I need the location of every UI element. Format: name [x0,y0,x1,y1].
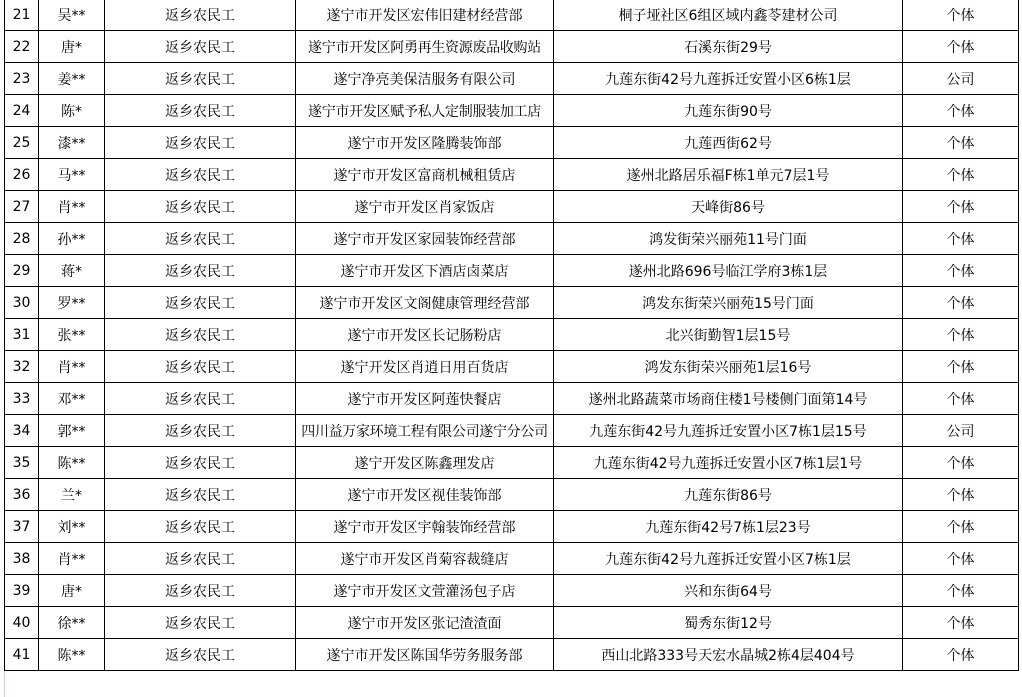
name-cell[interactable]: 姜** [39,63,105,95]
row-number-cell[interactable]: 24 [5,95,39,127]
category-cell[interactable]: 返乡农民工 [105,543,296,575]
category-cell[interactable]: 返乡农民工 [105,447,296,479]
spreadsheet-body: 21吴**返乡农民工遂宁市开发区宏伟旧建材经营部桐子垭社区6组区域内鑫苓建材公司… [5,0,1019,671]
name-cell[interactable]: 陈** [39,639,105,671]
address-cell[interactable]: 遂州北路696号临江学府3栋1层 [554,255,903,287]
category-cell[interactable]: 返乡农民工 [105,127,296,159]
name-cell[interactable]: 唐* [39,575,105,607]
name-cell[interactable]: 兰* [39,479,105,511]
category-cell[interactable]: 返乡农民工 [105,223,296,255]
address-cell[interactable]: 桐子垭社区6组区域内鑫苓建材公司 [554,0,903,31]
address-cell[interactable]: 九莲东街90号 [554,95,903,127]
business-type-cell[interactable]: 个体 [903,287,1019,319]
business-type-cell[interactable]: 个体 [903,255,1019,287]
row-number-cell[interactable]: 29 [5,255,39,287]
row-number-cell[interactable]: 30 [5,287,39,319]
business-type-cell[interactable]: 公司 [903,63,1019,95]
business-type-cell[interactable]: 个体 [903,319,1019,351]
business-type-cell[interactable]: 个体 [903,447,1019,479]
business-type-cell[interactable]: 个体 [903,607,1019,639]
category-cell[interactable]: 返乡农民工 [105,415,296,447]
business-name-cell[interactable]: 遂宁市开发区家园装饰经营部 [296,223,554,255]
table-row: 26马**返乡农民工遂宁市开发区富商机械租赁店遂州北路居乐福F栋1单元7层1号个… [5,159,1019,191]
row-number-cell[interactable]: 32 [5,351,39,383]
row-number-cell[interactable]: 34 [5,415,39,447]
business-name-cell[interactable]: 遂宁市开发区阿勇再生资源废品收购站 [296,31,554,63]
address-cell[interactable]: 九莲西街62号 [554,127,903,159]
business-name-cell[interactable]: 遂宁市开发区阿莲快餐店 [296,383,554,415]
row-number-cell[interactable]: 26 [5,159,39,191]
address-cell[interactable]: 九莲东街42号九莲拆迁安置小区7栋1层 [554,543,903,575]
table-row: 37刘**返乡农民工遂宁市开发区宇翰装饰经营部九莲东街42号7栋1层23号个体 [5,511,1019,543]
business-name-cell[interactable]: 四川益万家环境工程有限公司遂宁分公司 [296,415,554,447]
address-cell[interactable]: 鸿发东街荣兴丽苑1层16号 [554,351,903,383]
table-row: 23姜**返乡农民工遂宁净亮美保洁服务有限公司九莲东街42号九莲拆迁安置小区6栋… [5,63,1019,95]
business-type-cell[interactable]: 个体 [903,575,1019,607]
business-type-cell[interactable]: 个体 [903,639,1019,671]
name-cell[interactable]: 张** [39,319,105,351]
business-name-cell[interactable]: 遂宁市开发区文萱灌汤包子店 [296,575,554,607]
row-number-cell[interactable]: 39 [5,575,39,607]
name-cell[interactable]: 陈* [39,95,105,127]
table-row: 36兰*返乡农民工遂宁市开发区视佳装饰部九莲东街86号个体 [5,479,1019,511]
address-cell[interactable]: 蜀秀东街12号 [554,607,903,639]
row-number-cell[interactable]: 38 [5,543,39,575]
business-type-cell[interactable]: 个体 [903,0,1019,31]
category-cell[interactable]: 返乡农民工 [105,95,296,127]
category-cell[interactable]: 返乡农民工 [105,575,296,607]
category-cell[interactable]: 返乡农民工 [105,255,296,287]
table-row: 39唐*返乡农民工遂宁市开发区文萱灌汤包子店兴和东街64号个体 [5,575,1019,607]
row-number-cell[interactable]: 35 [5,447,39,479]
category-cell[interactable]: 返乡农民工 [105,351,296,383]
row-number-cell[interactable]: 22 [5,31,39,63]
business-name-cell[interactable]: 遂宁市开发区肖菊容裁缝店 [296,543,554,575]
address-cell[interactable]: 兴和东街64号 [554,575,903,607]
name-cell[interactable]: 肖** [39,191,105,223]
address-cell[interactable]: 遂州北路居乐福F栋1单元7层1号 [554,159,903,191]
business-name-cell[interactable]: 遂宁市开发区文阁健康管理经营部 [296,287,554,319]
name-cell[interactable]: 陈** [39,447,105,479]
category-cell[interactable]: 返乡农民工 [105,511,296,543]
address-cell[interactable]: 九莲东街42号九莲拆迁安置小区6栋1层 [554,63,903,95]
table-row: 21吴**返乡农民工遂宁市开发区宏伟旧建材经营部桐子垭社区6组区域内鑫苓建材公司… [5,0,1019,31]
name-cell[interactable]: 邓** [39,383,105,415]
table-row: 28孙**返乡农民工遂宁市开发区家园装饰经营部鸿发街荣兴丽苑11号门面个体 [5,223,1019,255]
table-row: 35陈**返乡农民工遂宁开发区陈鑫理发店九莲东街42号九莲拆迁安置小区7栋1层1… [5,447,1019,479]
business-name-cell[interactable]: 遂宁开发区陈鑫理发店 [296,447,554,479]
category-cell[interactable]: 返乡农民工 [105,159,296,191]
business-type-cell[interactable]: 个体 [903,351,1019,383]
name-cell[interactable]: 唐* [39,31,105,63]
name-cell[interactable]: 孙** [39,223,105,255]
name-cell[interactable]: 吴** [39,0,105,31]
table-row: 31张**返乡农民工遂宁市开发区长记肠粉店北兴街勤智1层15号个体 [5,319,1019,351]
address-cell[interactable]: 九莲东街42号九莲拆迁安置小区7栋1层1号 [554,447,903,479]
business-type-cell[interactable]: 个体 [903,95,1019,127]
business-type-cell[interactable]: 个体 [903,543,1019,575]
business-type-cell[interactable]: 个体 [903,223,1019,255]
table-row: 34郭**返乡农民工四川益万家环境工程有限公司遂宁分公司九莲东街42号九莲拆迁安… [5,415,1019,447]
table-row: 24陈*返乡农民工遂宁市开发区赋予私人定制服装加工店九莲东街90号个体 [5,95,1019,127]
name-cell[interactable]: 漆** [39,127,105,159]
row-number-cell[interactable]: 27 [5,191,39,223]
row-number-cell[interactable]: 31 [5,319,39,351]
category-cell[interactable]: 返乡农民工 [105,63,296,95]
table-row: 33邓**返乡农民工遂宁市开发区阿莲快餐店遂州北路蔬菜市场商住楼1号楼侧门面第1… [5,383,1019,415]
category-cell[interactable]: 返乡农民工 [105,383,296,415]
category-cell[interactable]: 返乡农民工 [105,287,296,319]
table-row: 30罗**返乡农民工遂宁市开发区文阁健康管理经营部鸿发东街荣兴丽苑15号门面个体 [5,287,1019,319]
row-number-cell[interactable]: 33 [5,383,39,415]
business-name-cell[interactable]: 遂宁市开发区长记肠粉店 [296,319,554,351]
address-cell[interactable]: 西山北路333号天宏水晶城2栋4层404号 [554,639,903,671]
business-name-cell[interactable]: 遂宁市开发区隆腾装饰部 [296,127,554,159]
address-cell[interactable]: 鸿发街荣兴丽苑11号门面 [554,223,903,255]
business-type-cell[interactable]: 个体 [903,383,1019,415]
row-number-cell[interactable]: 25 [5,127,39,159]
table-row: 38肖**返乡农民工遂宁市开发区肖菊容裁缝店九莲东街42号九莲拆迁安置小区7栋1… [5,543,1019,575]
business-name-cell[interactable]: 遂宁市开发区陈国华劳务服务部 [296,639,554,671]
business-name-cell[interactable]: 遂宁市开发区宇翰装饰经营部 [296,511,554,543]
category-cell[interactable]: 返乡农民工 [105,479,296,511]
table-row: 27肖**返乡农民工遂宁市开发区肖家饭店天峰街86号个体 [5,191,1019,223]
address-cell[interactable]: 天峰街86号 [554,191,903,223]
address-cell[interactable]: 九莲东街42号7栋1层23号 [554,511,903,543]
name-cell[interactable]: 肖** [39,543,105,575]
business-name-cell[interactable]: 遂宁市开发区下酒店卤菜店 [296,255,554,287]
row-number-cell[interactable]: 21 [5,0,39,31]
business-name-cell[interactable]: 遂宁市开发区宏伟旧建材经营部 [296,0,554,31]
category-cell[interactable]: 返乡农民工 [105,191,296,223]
row-number-cell[interactable]: 28 [5,223,39,255]
table-row: 40徐**返乡农民工遂宁市开发区张记渣渣面蜀秀东街12号个体 [5,607,1019,639]
business-name-cell[interactable]: 遂宁净亮美保洁服务有限公司 [296,63,554,95]
table-row: 22唐*返乡农民工遂宁市开发区阿勇再生资源废品收购站石溪东街29号个体 [5,31,1019,63]
business-type-cell[interactable]: 个体 [903,159,1019,191]
table-row: 25漆**返乡农民工遂宁市开发区隆腾装饰部九莲西街62号个体 [5,127,1019,159]
business-name-cell[interactable]: 遂宁市开发区富商机械租赁店 [296,159,554,191]
address-cell[interactable]: 石溪东街29号 [554,31,903,63]
business-type-cell[interactable]: 个体 [903,511,1019,543]
name-cell[interactable]: 蒋* [39,255,105,287]
business-type-cell[interactable]: 个体 [903,31,1019,63]
table-row: 32肖**返乡农民工遂宁开发区肖逍日用百货店鸿发东街荣兴丽苑1层16号个体 [5,351,1019,383]
business-type-cell[interactable]: 个体 [903,127,1019,159]
row-number-cell[interactable]: 36 [5,479,39,511]
address-cell[interactable]: 鸿发东街荣兴丽苑15号门面 [554,287,903,319]
name-cell[interactable]: 刘** [39,511,105,543]
table-row: 41陈**返乡农民工遂宁市开发区陈国华劳务服务部西山北路333号天宏水晶城2栋4… [5,639,1019,671]
name-cell[interactable]: 罗** [39,287,105,319]
table-row: 29蒋*返乡农民工遂宁市开发区下酒店卤菜店遂州北路696号临江学府3栋1层个体 [5,255,1019,287]
category-cell[interactable]: 返乡农民工 [105,639,296,671]
business-name-cell[interactable]: 遂宁开发区肖逍日用百货店 [296,351,554,383]
name-cell[interactable]: 郭** [39,415,105,447]
address-cell[interactable]: 九莲东街86号 [554,479,903,511]
name-cell[interactable]: 肖** [39,351,105,383]
row-number-cell[interactable]: 40 [5,607,39,639]
row-number-cell[interactable]: 23 [5,63,39,95]
row-number-cell[interactable]: 37 [5,511,39,543]
address-cell[interactable]: 九莲东街42号九莲拆迁安置小区7栋1层15号 [554,415,903,447]
business-name-cell[interactable]: 遂宁市开发区赋予私人定制服装加工店 [296,95,554,127]
category-cell[interactable]: 返乡农民工 [105,319,296,351]
category-cell[interactable]: 返乡农民工 [105,0,296,31]
business-name-cell[interactable]: 遂宁市开发区视佳装饰部 [296,479,554,511]
address-cell[interactable]: 北兴街勤智1层15号 [554,319,903,351]
business-type-cell[interactable]: 个体 [903,479,1019,511]
name-cell[interactable]: 马** [39,159,105,191]
category-cell[interactable]: 返乡农民工 [105,31,296,63]
address-cell[interactable]: 遂州北路蔬菜市场商住楼1号楼侧门面第14号 [554,383,903,415]
business-type-cell[interactable]: 个体 [903,191,1019,223]
business-name-cell[interactable]: 遂宁市开发区肖家饭店 [296,191,554,223]
row-number-cell[interactable]: 41 [5,639,39,671]
business-type-cell[interactable]: 公司 [903,415,1019,447]
category-cell[interactable]: 返乡农民工 [105,607,296,639]
name-cell[interactable]: 徐** [39,607,105,639]
spreadsheet-table: 21吴**返乡农民工遂宁市开发区宏伟旧建材经营部桐子垭社区6组区域内鑫苓建材公司… [4,0,1019,671]
business-name-cell[interactable]: 遂宁市开发区张记渣渣面 [296,607,554,639]
